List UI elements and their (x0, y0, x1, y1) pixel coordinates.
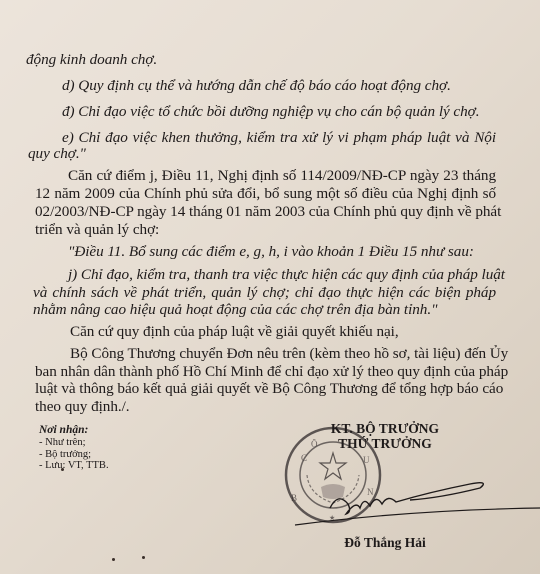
paragraph-complaint-basis: Căn cứ quy định của pháp luật về giải qu… (70, 323, 540, 341)
text-line: theo quy định./. (35, 398, 540, 416)
clause-d: d) Quy định cụ thể và hướng dẫn chế độ b… (62, 77, 540, 95)
clause-dd: đ) Chỉ đạo việc tổ chức bồi dưỡng nghiệp… (62, 103, 540, 121)
paper-speck (112, 558, 115, 561)
text-line: triển và quản lý chợ: (35, 221, 540, 239)
paper-speck (61, 468, 64, 471)
svg-text:C: C (301, 453, 307, 463)
text-line: quy chợ." (28, 145, 540, 163)
svg-text:U: U (363, 455, 370, 465)
svg-text:Ô: Ô (311, 439, 318, 449)
text-line: 02/2003/NĐ-CP ngày 14 tháng 01 năm 2003 … (35, 203, 496, 221)
recipient-item: - Bộ trưởng; (39, 449, 109, 461)
recipients-block: Nơi nhận: - Như trên; - Bộ trưởng; - Lưu… (39, 424, 109, 472)
text-line: ban nhân dân thành phố Hồ Chí Minh để ch… (35, 363, 496, 381)
clause-j: j) Chỉ đạo, kiểm tra, thanh tra việc thự… (68, 266, 496, 284)
recipients-title: Nơi nhận: (39, 424, 109, 437)
text-line: động kinh doanh chợ. (26, 51, 540, 69)
signer-position: KT. BỘ TRƯỞNG (320, 421, 450, 436)
signer-name: Đỗ Thắng Hải (320, 535, 450, 550)
paper-speck (142, 556, 145, 559)
document-page: động kinh doanh chợ. d) Quy định cụ thể … (0, 0, 540, 574)
paragraph-basis-decree: Căn cứ điểm j, Điều 11, Nghị định số 114… (68, 167, 496, 185)
text-line: luật và thông báo kết quả giải quyết về … (35, 380, 496, 398)
text-line: 12 năm 2009 của Chính phủ sửa đổi, bổ su… (35, 185, 496, 203)
text-line: nhằm nâng cao hiệu quả hoạt động của các… (33, 301, 540, 319)
text-line: và chính sách về phát triển, quản lý chợ… (33, 284, 496, 302)
paragraph-transfer: Bộ Công Thương chuyển Đơn nêu trên (kèm … (70, 345, 496, 363)
recipient-item: - Lưu: VT, TTB. (39, 460, 109, 472)
quote-article-11: "Điều 11. Bổ sung các điểm e, g, h, i và… (68, 243, 540, 261)
signer-title: THỨ TRƯỞNG (320, 436, 450, 451)
handwritten-signature-icon (290, 470, 540, 530)
recipient-item: - Như trên; (39, 437, 109, 449)
